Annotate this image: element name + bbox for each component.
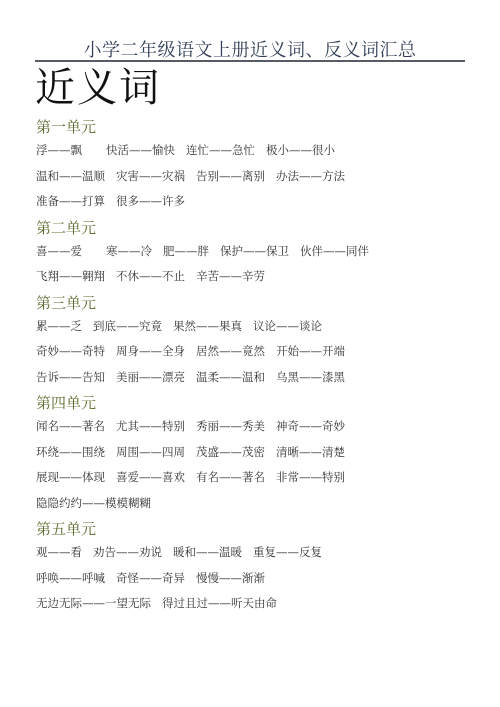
synonym-pair: 准备——打算 xyxy=(36,189,105,215)
synonym-pair: 重复——反复 xyxy=(253,540,322,566)
synonym-pair: 有名——著名 xyxy=(196,465,265,491)
synonym-pair: 展现——体现 xyxy=(36,465,105,491)
pair-row: 闻名——著名 尤其——特别 秀丽——秀美 神奇——奇妙 xyxy=(36,414,476,440)
units-list: 第一单元 浮——飘 快活——愉快 连忙——急忙 极小——很小 温和——温顺 灾害… xyxy=(36,116,476,619)
synonym-pair: 议论——谈论 xyxy=(253,314,322,340)
synonym-pair: 浮——飘 xyxy=(36,138,82,164)
synonym-pair: 环绕——围绕 xyxy=(36,440,105,466)
synonym-pair: 闻名——著名 xyxy=(36,414,105,440)
header-title: 小学二年级语文上册近义词、反义词汇总 xyxy=(0,36,500,62)
pair-row: 观——看 劝告——劝说 暖和——温暖 重复——反复 xyxy=(36,540,476,566)
synonym-pair: 居然——竟然 xyxy=(196,339,265,365)
unit-heading: 第一单元 xyxy=(36,116,476,138)
synonym-pair: 到底——究竟 xyxy=(93,314,162,340)
synonym-pair: 开始——开端 xyxy=(276,339,345,365)
pair-row: 准备——打算 很多——许多 xyxy=(36,189,476,215)
synonym-pair: 保护——保卫 xyxy=(220,239,289,265)
synonym-pair: 隐隐约约——模模糊糊 xyxy=(36,491,151,517)
pair-row: 浮——飘 快活——愉快 连忙——急忙 极小——很小 xyxy=(36,138,476,164)
synonym-pair: 观——看 xyxy=(36,540,82,566)
header-divider xyxy=(35,60,465,62)
synonym-pair: 很多——许多 xyxy=(116,189,185,215)
synonym-pair: 茂盛——茂密 xyxy=(196,440,265,466)
synonym-pair: 得过且过——听天由命 xyxy=(162,591,277,617)
synonym-pair: 尤其——特别 xyxy=(116,414,185,440)
synonym-pair: 肥——胖 xyxy=(163,239,209,265)
pair-row: 喜——爱 寒——冷 肥——胖 保护——保卫 伙伴——同伴 xyxy=(36,239,476,265)
unit-heading: 第四单元 xyxy=(36,392,476,414)
unit-5: 第五单元 观——看 劝告——劝说 暖和——温暖 重复——反复 呼唤——呼喊 奇怪… xyxy=(36,518,476,617)
synonym-pair: 温和——温顺 xyxy=(36,164,105,190)
unit-heading: 第五单元 xyxy=(36,518,476,540)
synonym-pair: 秀丽——秀美 xyxy=(196,414,265,440)
pair-row: 隐隐约约——模模糊糊 xyxy=(36,491,476,517)
pair-row: 温和——温顺 灾害——灾祸 告别——离别 办法——方法 xyxy=(36,164,476,190)
synonym-pair: 美丽——漂亮 xyxy=(116,365,185,391)
unit-1: 第一单元 浮——飘 快活——愉快 连忙——急忙 极小——很小 温和——温顺 灾害… xyxy=(36,116,476,215)
synonym-pair: 辛苦——辛劳 xyxy=(196,264,265,290)
synonym-pair: 呼唤——呼喊 xyxy=(36,566,105,592)
unit-4: 第四单元 闻名——著名 尤其——特别 秀丽——秀美 神奇——奇妙 环绕——围绕 … xyxy=(36,392,476,516)
pair-row: 飞翔——翱翔 不休——不止 辛苦——辛劳 xyxy=(36,264,476,290)
synonym-pair: 乌黑——漆黑 xyxy=(276,365,345,391)
synonym-pair: 告诉——告知 xyxy=(36,365,105,391)
synonym-pair: 清晰——清楚 xyxy=(276,440,345,466)
synonym-pair: 伙伴——同伴 xyxy=(300,239,369,265)
synonym-pair: 连忙——急忙 xyxy=(186,138,255,164)
synonym-pair: 果然——果真 xyxy=(173,314,242,340)
section-title: 近义词 xyxy=(35,64,161,112)
pair-row: 无边无际——一望无际 得过且过——听天由命 xyxy=(36,591,476,617)
pair-row: 奇妙——奇特 周身——全身 居然——竟然 开始——开端 xyxy=(36,339,476,365)
synonym-pair: 不休——不止 xyxy=(116,264,185,290)
synonym-pair: 告别——离别 xyxy=(196,164,265,190)
synonym-pair: 喜爱——喜欢 xyxy=(116,465,185,491)
synonym-pair: 累——乏 xyxy=(36,314,82,340)
synonym-pair: 非常——特别 xyxy=(276,465,345,491)
synonym-pair: 快活——愉快 xyxy=(106,138,175,164)
synonym-pair: 周身——全身 xyxy=(116,339,185,365)
synonym-pair: 暖和——温暖 xyxy=(173,540,242,566)
synonym-pair: 神奇——奇妙 xyxy=(276,414,345,440)
synonym-pair: 无边无际——一望无际 xyxy=(36,591,151,617)
synonym-pair: 灾害——灾祸 xyxy=(116,164,185,190)
synonym-pair: 奇妙——奇特 xyxy=(36,339,105,365)
synonym-pair: 奇怪——奇异 xyxy=(116,566,185,592)
pair-row: 告诉——告知 美丽——漂亮 温柔——温和 乌黑——漆黑 xyxy=(36,365,476,391)
unit-heading: 第三单元 xyxy=(36,292,476,314)
synonym-pair: 周围——四周 xyxy=(116,440,185,466)
synonym-pair: 喜——爱 xyxy=(36,239,82,265)
synonym-pair: 劝告——劝说 xyxy=(93,540,162,566)
unit-2: 第二单元 喜——爱 寒——冷 肥——胖 保护——保卫 伙伴——同伴 飞翔——翱翔… xyxy=(36,217,476,290)
pair-row: 环绕——围绕 周围——四周 茂盛——茂密 清晰——清楚 xyxy=(36,440,476,466)
synonym-pair: 办法——方法 xyxy=(276,164,345,190)
unit-heading: 第二单元 xyxy=(36,217,476,239)
pair-row: 展现——体现 喜爱——喜欢 有名——著名 非常——特别 xyxy=(36,465,476,491)
synonym-pair: 温柔——温和 xyxy=(196,365,265,391)
synonym-pair: 慢慢——渐渐 xyxy=(196,566,265,592)
unit-3: 第三单元 累——乏 到底——究竟 果然——果真 议论——谈论 奇妙——奇特 周身… xyxy=(36,292,476,391)
pair-row: 呼唤——呼喊 奇怪——奇异 慢慢——渐渐 xyxy=(36,566,476,592)
pair-row: 累——乏 到底——究竟 果然——果真 议论——谈论 xyxy=(36,314,476,340)
synonym-pair: 飞翔——翱翔 xyxy=(36,264,105,290)
synonym-pair: 极小——很小 xyxy=(266,138,335,164)
synonym-pair: 寒——冷 xyxy=(106,239,152,265)
